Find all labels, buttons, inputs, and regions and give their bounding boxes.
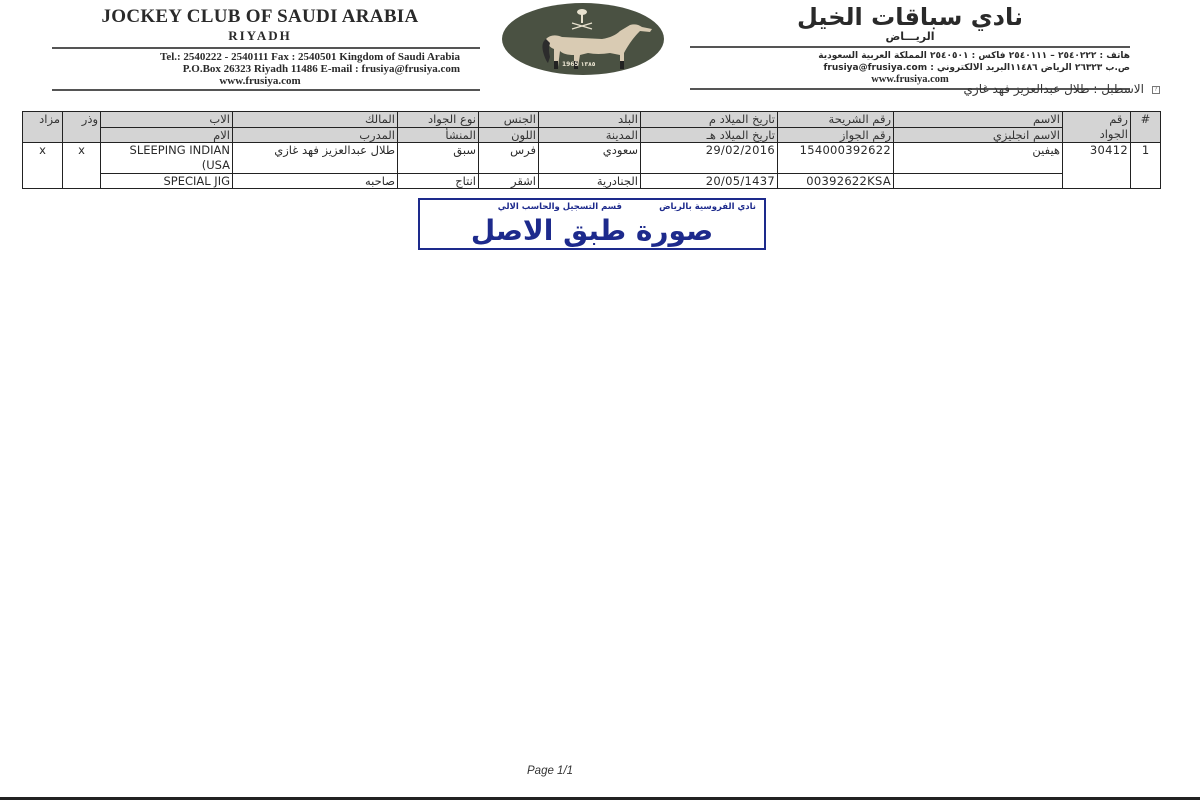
col-withdrawn: وذر: [63, 112, 101, 143]
col-name: الاسم: [894, 112, 1063, 128]
withdrawn-mark: x: [63, 143, 101, 189]
country: سعودي: [539, 143, 641, 174]
sex: فرس: [479, 143, 539, 174]
trainer: صاحبه: [233, 174, 398, 189]
page-number: Page 1/1: [527, 765, 573, 777]
club-logo: 1965 ١٣٨٥: [502, 3, 664, 75]
horse-number: 30412: [1063, 143, 1131, 189]
city: الجنادرية: [539, 174, 641, 189]
contact-line-ar-1: هاتف : ٢٥٤٠٢٢٢ – ٢٥٤٠١١١ فاكس : ٢٥٤٠٥٠١ …: [690, 50, 1130, 62]
city-english: RIYADH: [40, 28, 480, 43]
col-auction: مزاد: [23, 112, 63, 143]
col-passport-number: رقم الجواز: [778, 127, 894, 143]
col-horse-number: رقمالجواد: [1063, 112, 1131, 143]
sire: SLEEPING INDIAN (USA: [101, 143, 233, 174]
contact-line-1: Tel.: 2540222 - 2540111 Fax : 2540501 Ki…: [40, 51, 480, 63]
col-index: #: [1131, 112, 1161, 143]
table-row: 00392622KSA 20/05/1437 الجنادرية اشقر ان…: [23, 174, 1161, 189]
col-birth-date-hijri: تاريخ الميلاد هـ: [641, 127, 778, 143]
row-index: 1: [1131, 143, 1161, 189]
contact-line-ar-2: ص.ب ٢٦٣٢٣ الرياض ١١٤٨٦البريد الالكتروني …: [690, 62, 1130, 74]
col-color: اللون: [479, 127, 539, 143]
col-sex: الجنس: [479, 112, 539, 128]
divider: [690, 46, 1130, 48]
checkbox-icon: ?: [1152, 86, 1160, 94]
col-chip-number: رقم الشريحة: [778, 112, 894, 128]
col-birth-date-gregorian: تاريخ الميلاد م: [641, 112, 778, 128]
website-english: www.frusiya.com: [40, 75, 480, 87]
col-city: المدينة: [539, 127, 641, 143]
city-arabic: الريـــاض: [690, 30, 1130, 43]
header-row-1: # رقمالجواد الاسم رقم الشريحة تاريخ المي…: [23, 112, 1161, 128]
contact-line-2: P.O.Box 26323 Riyadh 11486 E-mail : frus…: [40, 63, 480, 75]
letterhead-arabic: نادي سباقات الخيل الريـــاض هاتف : ٢٥٤٠٢…: [690, 4, 1130, 90]
horse-name-english: [894, 174, 1063, 189]
chip-number: 154000392622: [778, 143, 894, 174]
origin: انتاج: [398, 174, 479, 189]
col-origin: المنشأ: [398, 127, 479, 143]
stable-text: الاسطبل : طلال عبدالعزيز فهد غازي: [964, 82, 1144, 96]
birth-date-hijri: 20/05/1437: [641, 174, 778, 189]
col-sire: الاب: [101, 112, 233, 128]
stamp-org: نادي الفروسية بالرياض: [659, 202, 756, 212]
dam: SPECIAL JIG: [101, 174, 233, 189]
stamp-text: صورة طبق الاصل: [420, 214, 764, 248]
divider: [52, 47, 480, 49]
horse-type: سبق: [398, 143, 479, 174]
owner: طلال عبدالعزيز فهد غازي: [233, 143, 398, 174]
col-name-english: الاسم انجليزي: [894, 127, 1063, 143]
divider: [52, 89, 480, 91]
col-country: البلد: [539, 112, 641, 128]
org-name-arabic: نادي سباقات الخيل: [690, 4, 1130, 30]
stable-label: ?الاسطبل : طلال عبدالعزيز فهد غازي: [964, 82, 1160, 96]
col-trainer: المدرب: [233, 127, 398, 143]
horse-name: هيفين: [894, 143, 1063, 174]
col-owner: المالك: [233, 112, 398, 128]
horses-table: # رقمالجواد الاسم رقم الشريحة تاريخ المي…: [22, 111, 1161, 189]
certified-copy-stamp: نادي الفروسية بالرياض قسم التسجيل والحاس…: [418, 198, 766, 250]
header-row-2: الاسم انجليزي رقم الجواز تاريخ الميلاد ه…: [23, 127, 1161, 143]
color: اشقر: [479, 174, 539, 189]
letterhead-english: JOCKEY CLUB OF SAUDI ARABIA RIYADH Tel.:…: [40, 6, 480, 91]
passport-number: 00392622KSA: [778, 174, 894, 189]
table-row: 1 30412 هيفين 154000392622 29/02/2016 سع…: [23, 143, 1161, 174]
birth-date-gregorian: 29/02/2016: [641, 143, 778, 174]
col-horse-type: نوع الجواد: [398, 112, 479, 128]
col-dam: الام: [101, 127, 233, 143]
logo-years: 1965 ١٣٨٥: [562, 61, 595, 68]
auction-mark: x: [23, 143, 63, 189]
org-name-english: JOCKEY CLUB OF SAUDI ARABIA: [40, 6, 480, 28]
stamp-department: قسم التسجيل والحاسب الالي: [498, 202, 622, 212]
